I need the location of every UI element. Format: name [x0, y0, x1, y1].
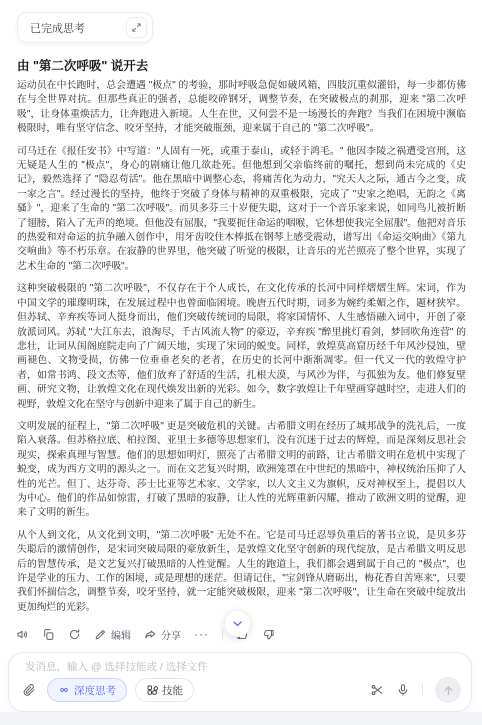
- chevron-down-icon: [231, 617, 244, 630]
- microphone-icon: [396, 683, 410, 697]
- thumbs-down-icon: [262, 628, 275, 641]
- assistant-response-text: 运动员在中长跑时，总会遭遇 "极点" 的考验，那时呼吸急促如破风箱，四肢沉重似灌…: [17, 79, 466, 623]
- share-button-label: 分享: [161, 627, 181, 642]
- regenerate-icon: [68, 628, 81, 641]
- page-title: 由 "第二次呼吸" 说开去: [17, 56, 148, 74]
- page-bottom-strip: [0, 712, 482, 725]
- more-icon: ···: [194, 628, 209, 641]
- edit-icon: [94, 628, 107, 641]
- deep-think-label: 深度思考: [74, 683, 116, 698]
- send-up-arrow-icon: [442, 684, 455, 697]
- paragraph: 这种突破极限的 "第二次呼吸"，不仅存在于个人成长，在文化传承的长河中同样熠熠生…: [17, 282, 466, 412]
- speaker-icon: [16, 628, 29, 641]
- deep-think-toggle[interactable]: 深度思考: [47, 678, 127, 702]
- scissors-icon: [370, 683, 384, 697]
- copy-icon: [42, 628, 55, 641]
- composer-toolbar: 深度思考 技能: [22, 677, 461, 703]
- more-actions-button[interactable]: ···: [194, 628, 209, 641]
- expand-diagonal-icon: [131, 22, 142, 33]
- action-bar-divider: [222, 629, 223, 641]
- composer-divider: [422, 684, 423, 696]
- edit-button[interactable]: 编辑: [94, 627, 131, 642]
- scroll-to-bottom-button[interactable]: [224, 610, 251, 637]
- share-icon: [144, 628, 157, 641]
- skills-grid-icon: [146, 684, 158, 696]
- send-button[interactable]: [435, 677, 461, 703]
- thinking-status-card[interactable]: 已完成思考: [17, 12, 153, 43]
- thinking-status-label: 已完成思考: [30, 20, 85, 36]
- voice-input-button[interactable]: [396, 683, 410, 697]
- skills-label: 技能: [162, 683, 183, 698]
- paragraph: 从个人到文化，从文化到文明，"第二次呼吸" 无处不在。它是司马迁忍辱负重后的著书…: [17, 529, 466, 615]
- message-input[interactable]: [25, 661, 455, 673]
- share-button[interactable]: 分享: [144, 627, 181, 642]
- regenerate-button[interactable]: [68, 628, 81, 641]
- paragraph: 运动员在中长跑时，总会遭遇 "极点" 的考验，那时呼吸急促如破风箱，四肢沉重似灌…: [17, 79, 466, 137]
- paragraph: 司马迁在《报任安书》中写道："人固有一死，或重于泰山，或轻于鸿毛。" 他因李陵之…: [17, 145, 466, 275]
- skills-button[interactable]: 技能: [135, 678, 194, 702]
- attach-file-button[interactable]: [22, 683, 36, 697]
- composer-right-tools: [370, 677, 461, 703]
- thumbs-down-button[interactable]: [262, 628, 275, 641]
- paperclip-icon: [22, 683, 36, 697]
- expand-thinking-button[interactable]: [126, 17, 147, 38]
- clip-text-button[interactable]: [370, 683, 384, 697]
- paragraph: 文明发展的征程上，"第二次呼吸" 更是突破危机的关键。古希腊文明在经历了城邦战争…: [17, 420, 466, 521]
- read-aloud-button[interactable]: [16, 628, 29, 641]
- message-composer: 深度思考 技能: [8, 652, 472, 712]
- deep-think-icon: [58, 684, 70, 696]
- copy-button[interactable]: [42, 628, 55, 641]
- edit-button-label: 编辑: [111, 627, 131, 642]
